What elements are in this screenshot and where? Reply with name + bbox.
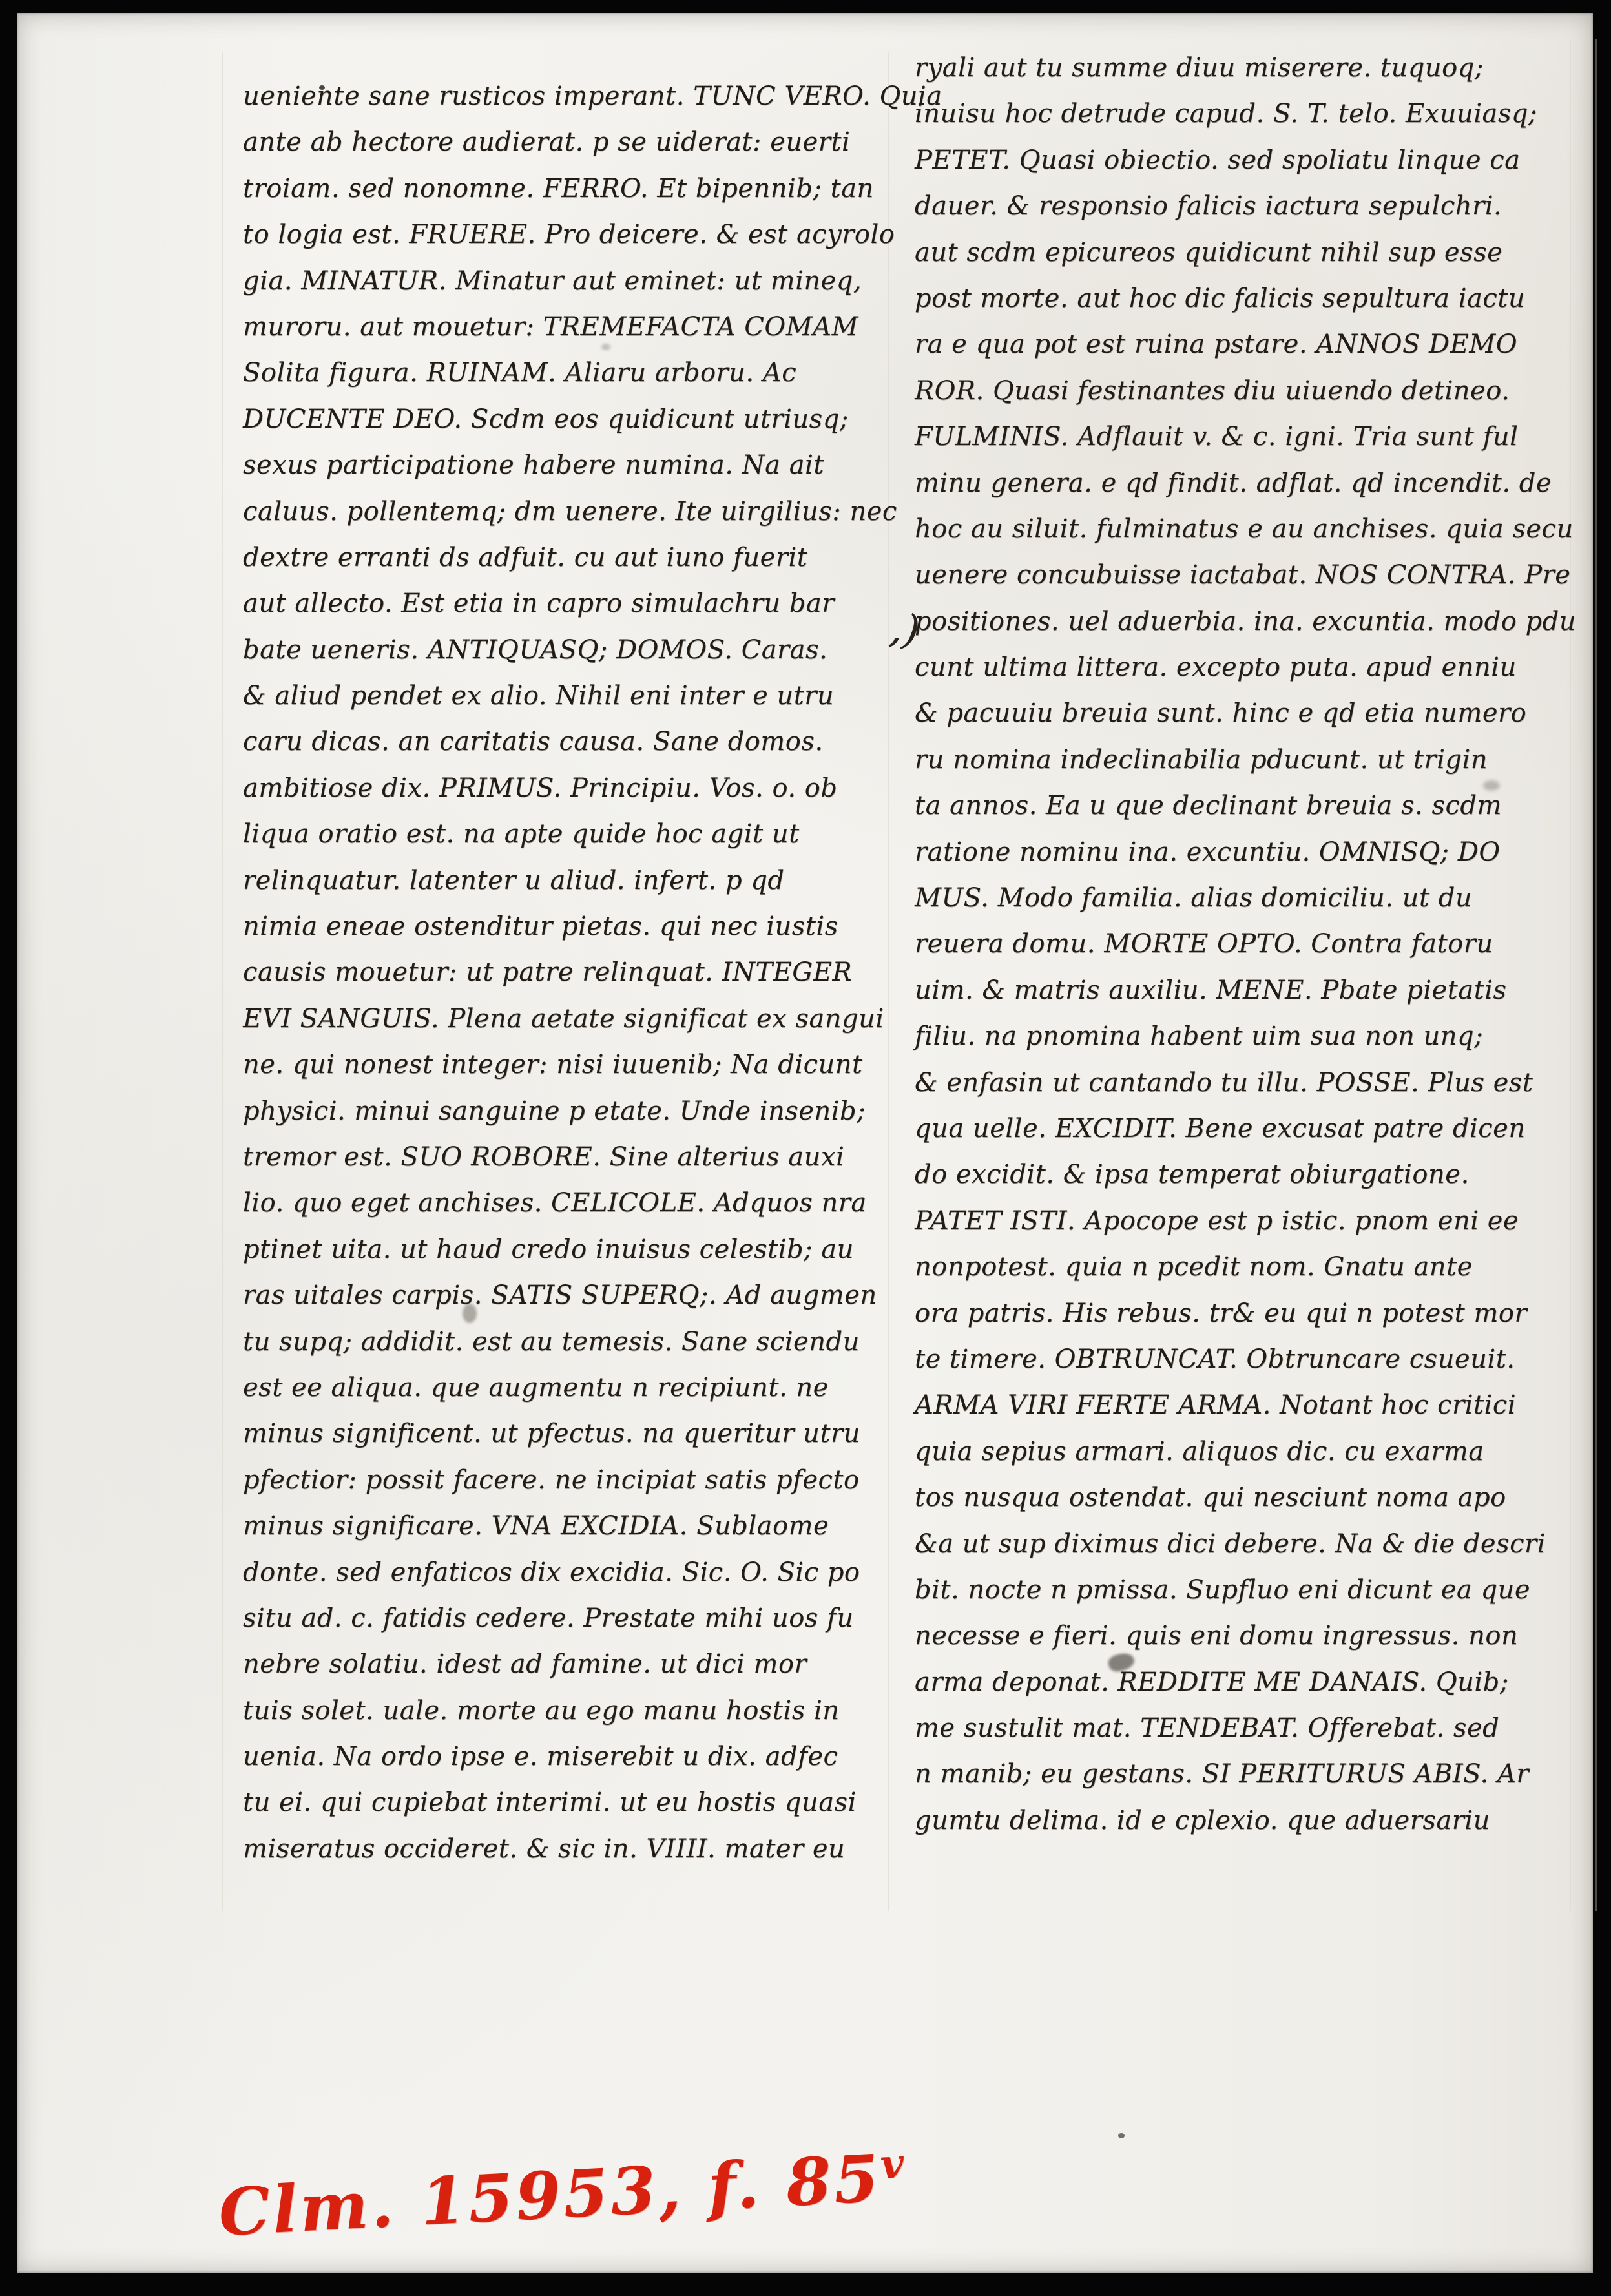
text-line: hoc au siluit. fulminatus e au anchises.… [915,506,1593,552]
text-line: est ee aliqua. que augmentu n recipiunt.… [243,1365,889,1411]
text-line: cunt ultima littera. excepto puta. apud … [915,645,1593,691]
text-line: EVI SANGUIS. Plena aetate significat ex … [243,996,889,1042]
text-line: n manib; eu gestans. SI PERITURUS ABIS. … [915,1751,1593,1797]
text-line: ru nomina indeclinabilia pducunt. ut tri… [915,737,1593,783]
text-line: ueniente sane rusticos imperant. TUNC VE… [243,74,889,120]
text-line: DUCENTE DEO. Scdm eos quidicunt utriusq; [243,397,889,443]
text-line: MUS. Modo familia. alias domiciliu. ut d… [915,875,1593,921]
ruling-line [222,52,223,1911]
text-line: positiones. uel aduerbia. ina. excuntia.… [915,599,1593,645]
text-line: FULMINIS. Adflauit v. & c. igni. Tria su… [915,414,1593,460]
text-line: inuisu hoc detrude capud. S. T. telo. Ex… [915,91,1593,137]
text-line: ARMA VIRI FERTE ARMA. Notant hoc critici [915,1383,1593,1428]
text-line: ra e qua pot est ruina pstare. ANNOS DEM… [915,322,1593,368]
text-line: dextre erranti ds adfuit. cu aut iuno fu… [243,535,889,581]
text-line: caluus. pollentemq; dm uenere. Ite uirgi… [243,489,889,535]
text-column-left: ueniente sane rusticos imperant. TUNC VE… [243,74,889,1872]
text-line: te timere. OBTRUNCAT. Obtruncare csueuit… [915,1337,1593,1383]
text-line: dauer. & responsio falicis iactura sepul… [915,183,1593,229]
text-line: uenere concubuisse iactabat. NOS CONTRA.… [915,552,1593,598]
text-line: sexus participatione habere numina. Na a… [243,443,889,488]
text-line: post morte. aut hoc dic falicis sepultur… [915,276,1593,322]
text-line: Solita figura. RUINAM. Aliaru arboru. Ac [243,350,889,396]
scanned-manuscript-screenshot: ueniente sane rusticos imperant. TUNC VE… [0,0,1611,2296]
text-line: tu ei. qui cupiebat interimi. ut eu host… [243,1780,889,1826]
text-line: ambitiose dix. PRIMUS. Principiu. Vos. o… [243,766,889,811]
text-line: ne. qui nonest integer: nisi iuuenib; Na… [243,1042,889,1088]
text-line: nimia eneae ostenditur pietas. qui nec i… [243,904,889,950]
text-line: caru dicas. an caritatis causa. Sane dom… [243,719,889,765]
text-line: ratione nominu ina. excuntiu. OMNISQ; DO [915,830,1593,875]
text-line: nonpotest. quia n pcedit nom. Gnatu ante [915,1244,1593,1290]
text-line: me sustulit mat. TENDEBAT. Offerebat. se… [915,1706,1593,1751]
text-line: miseratus occideret. & sic in. VIIII. ma… [243,1826,889,1872]
text-line: ante ab hectore audierat. p se uiderat: … [243,120,889,165]
text-line: liqua oratio est. na apte quide hoc agit… [243,811,889,857]
text-line: qua uelle. EXCIDIT. Bene excusat patre d… [915,1106,1593,1152]
text-line: physici. minui sanguine p etate. Unde in… [243,1089,889,1134]
manuscript-page: ueniente sane rusticos imperant. TUNC VE… [17,13,1593,2273]
text-line: & pacuuiu breuia sunt. hinc e qd etia nu… [915,691,1593,736]
shelfmark-text: Clm. 15953, f. 85 [217,2140,884,2251]
text-line: ta annos. Ea u que declinant breuia s. s… [915,783,1593,829]
text-line: situ ad. c. fatidis cedere. Prestate mih… [243,1596,889,1642]
ink-speck [1118,2133,1125,2138]
text-line: tu supq; addidit. est au temesis. Sane s… [243,1319,889,1365]
text-line: ptinet uita. ut haud credo inuisus celes… [243,1227,889,1273]
text-line: filiu. na pnomina habent uim sua non unq… [915,1014,1593,1059]
text-line: causis mouetur: ut patre relinquat. INTE… [243,950,889,996]
text-line: tuis solet. uale. morte au ego manu host… [243,1688,889,1734]
text-line: aut scdm epicureos quidicunt nihil sup e… [915,230,1593,276]
text-line: ras uitales carpis. SATIS SUPERQ;. Ad au… [243,1273,889,1319]
text-line: gumtu delima. id e cplexio. que aduersar… [915,1798,1593,1844]
text-line: necesse e fieri. quis eni domu ingressus… [915,1613,1593,1659]
text-line: arma deponat. REDDITE ME DANAIS. Quib; [915,1660,1593,1706]
text-line: nebre solatiu. idest ad famine. ut dici … [243,1642,889,1687]
text-line: & enfasin ut cantando tu illu. POSSE. Pl… [915,1060,1593,1106]
shelfmark-annotation: Clm. 15953, f. 85v [217,2138,909,2251]
text-line: minus significent. ut pfectus. na querit… [243,1411,889,1457]
text-line: gia. MINATUR. Minatur aut eminet: ut min… [243,258,889,304]
text-line: uenia. Na ordo ipse e. miserebit u dix. … [243,1734,889,1780]
ruling-line [1595,39,1597,1911]
text-line: do excidit. & ipsa temperat obiurgatione… [915,1152,1593,1198]
text-line: ora patris. His rebus. tr& eu qui n pote… [915,1291,1593,1337]
text-column-right: ryali aut tu summe diuu miserere. tuquoq… [915,45,1593,1844]
text-line: & aliud pendet ex alio. Nihil eni inter … [243,673,889,719]
text-line: PETET. Quasi obiectio. sed spoliatu linq… [915,138,1593,183]
text-line: PATET ISTI. Apocope est p istic. pnom en… [915,1198,1593,1244]
text-line: troiam. sed nonomne. FERRO. Et bipennib;… [243,166,889,212]
text-line: pfectior: possit facere. ne incipiat sat… [243,1457,889,1503]
text-line: quia sepius armari. aliquos dic. cu exar… [915,1429,1593,1475]
text-line: minu genera. e qd findit. adflat. qd inc… [915,461,1593,506]
text-line: ryali aut tu summe diuu miserere. tuquoq… [915,45,1593,91]
text-line: tremor est. SUO ROBORE. Sine alterius au… [243,1134,889,1180]
text-line: bit. nocte n pmissa. Supfluo eni dicunt … [915,1567,1593,1613]
shelfmark-superscript: v [879,2140,908,2188]
text-line: &a ut sup diximus dici debere. Na & die … [915,1521,1593,1567]
text-line: reuera domu. MORTE OPTO. Contra fatoru [915,921,1593,967]
text-line: to logia est. FRUERE. Pro deicere. & est… [243,212,889,258]
text-line: aut allecto. Est etia in capro simulachr… [243,581,889,627]
text-line: minus significare. VNA EXCIDIA. Sublaome [243,1503,889,1549]
text-line: bate ueneris. ANTIQUASQ; DOMOS. Caras. [243,627,889,673]
text-line: tos nusqua ostendat. qui nesciunt noma a… [915,1475,1593,1521]
text-line: muroru. aut mouetur: TREMEFACTA COMAM [243,304,889,350]
text-line: lio. quo eget anchises. CELICOLE. Adquos… [243,1180,889,1226]
text-line: uim. & matris auxiliu. MENE. Pbate pieta… [915,968,1593,1014]
text-line: donte. sed enfaticos dix excidia. Sic. O… [243,1550,889,1596]
text-line: relinquatur. latenter u aliud. infert. p… [243,858,889,904]
text-line: ROR. Quasi festinantes diu uiuendo detin… [915,368,1593,414]
